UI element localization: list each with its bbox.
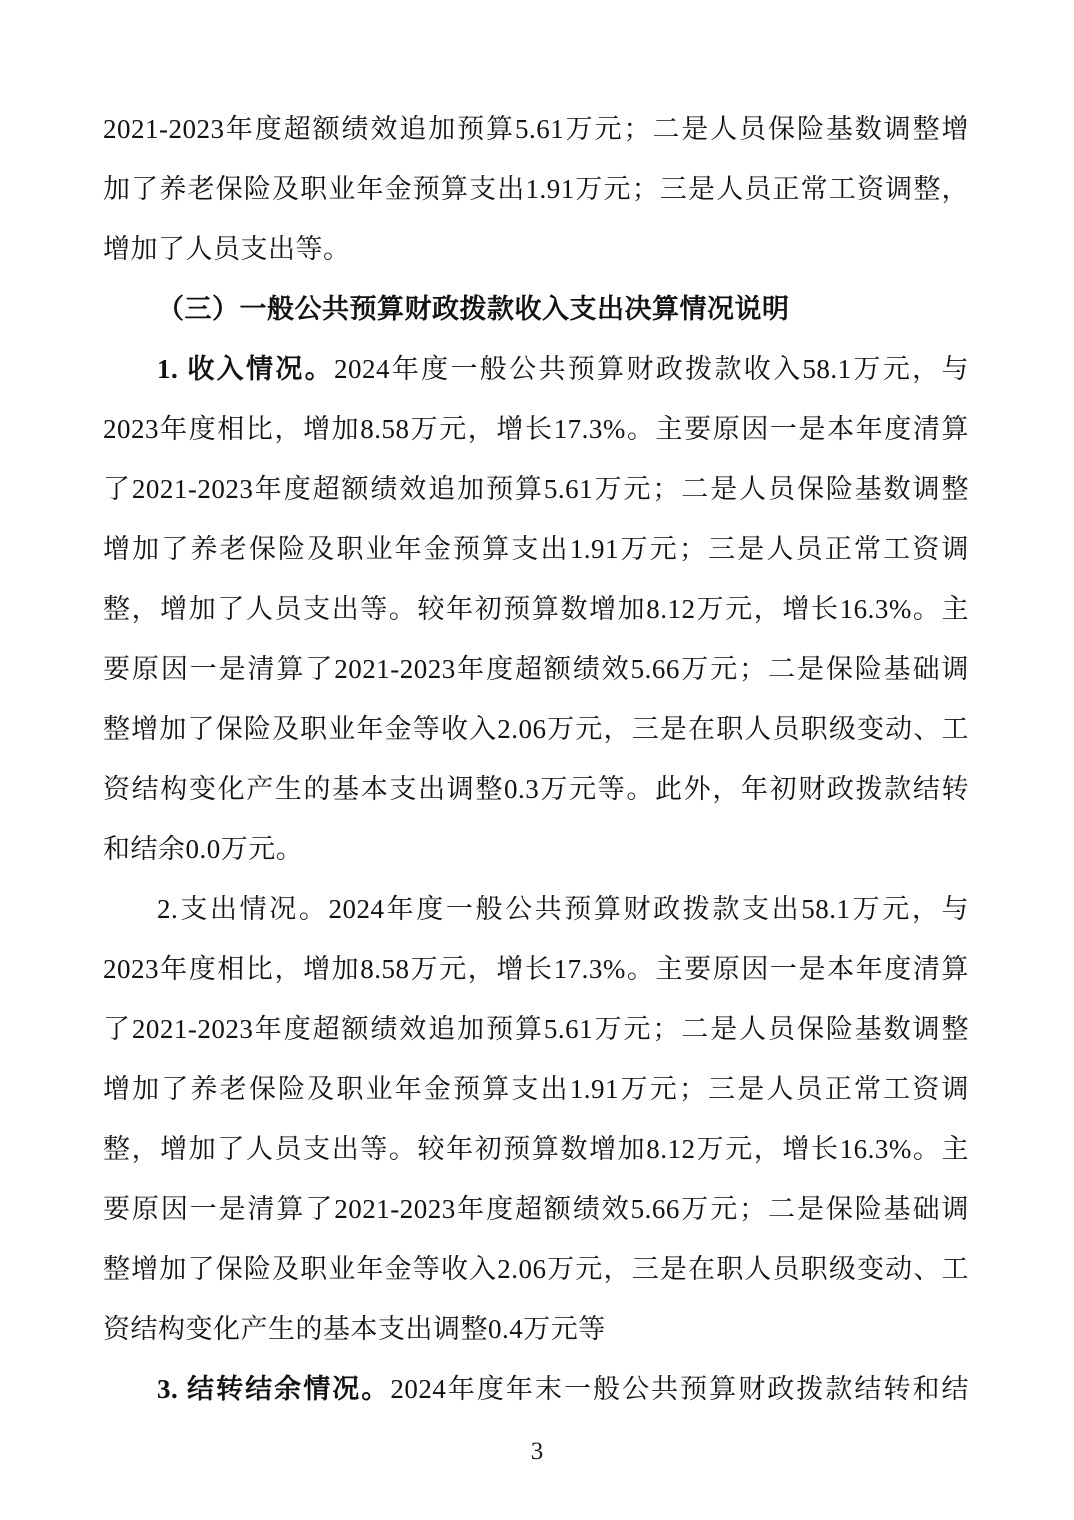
text-run: 和结余0.0万元。 — [103, 834, 303, 864]
text-run: 了2021-2023年度超额绩效追加预算5.61万元；二是人员保险基数调整 — [103, 474, 969, 504]
para-carryover-line-2: 加了养老保险及职业年金预算支出1.91万元；三是人员正常工资调整， — [103, 159, 969, 219]
para-income-line-2: 2023年度相比，增加8.58万元，增长17.3%。主要原因一是本年度清算 — [103, 399, 969, 459]
text-block: 2021-2023年度超额绩效追加预算5.61万元；二是人员保险基数调整增加了养… — [103, 99, 969, 1419]
text-run: 2.支出情况。2024年度一般公共预算财政拨款支出58.1万元，与 — [157, 894, 969, 924]
text-run: 资结构变化产生的基本支出调整0.4万元等 — [103, 1314, 606, 1344]
text-run: 要原因一是清算了2021-2023年度超额绩效5.66万元；二是保险基础调 — [103, 1194, 969, 1224]
para-expense-line-3: 了2021-2023年度超额绩效追加预算5.61万元；二是人员保险基数调整 — [103, 999, 969, 1059]
text-run: 2024年度年末一般公共预算财政拨款结转和结 — [390, 1374, 969, 1404]
para-carryover-line-1: 2021-2023年度超额绩效追加预算5.61万元；二是人员保险基数调整增 — [103, 99, 969, 159]
para-income-line-4: 增加了养老保险及职业年金预算支出1.91万元；三是人员正常工资调 — [103, 519, 969, 579]
para-income-line-5: 整，增加了人员支出等。较年初预算数增加8.12万元，增长16.3%。主 — [103, 579, 969, 639]
document-page: 2021-2023年度超额绩效追加预算5.61万元；二是人员保险基数调整增加了养… — [0, 0, 1074, 1520]
para-income-line-8: 资结构变化产生的基本支出调整0.3万元等。此外，年初财政拨款结转 — [103, 759, 969, 819]
para-carryover-line-3: 增加了人员支出等。 — [103, 219, 969, 279]
text-run: 增加了养老保险及职业年金预算支出1.91万元；三是人员正常工资调 — [103, 1074, 969, 1104]
page-number: 3 — [0, 1432, 1074, 1472]
text-run: 整，增加了人员支出等。较年初预算数增加8.12万元，增长16.3%。主 — [103, 1134, 969, 1164]
para-balance-line-1: 3. 结转结余情况。2024年度年末一般公共预算财政拨款结转和结 — [103, 1359, 969, 1419]
text-run: 了2021-2023年度超额绩效追加预算5.61万元；二是人员保险基数调整 — [103, 1014, 969, 1044]
text-run: 整，增加了人员支出等。较年初预算数增加8.12万元，增长16.3%。主 — [103, 594, 969, 624]
section-heading: （三）一般公共预算财政拨款收入支出决算情况说明 — [103, 279, 969, 339]
para-expense-line-4: 增加了养老保险及职业年金预算支出1.91万元；三是人员正常工资调 — [103, 1059, 969, 1119]
para-expense-line-1: 2.支出情况。2024年度一般公共预算财政拨款支出58.1万元，与 — [103, 879, 969, 939]
bold-text-run: 1. 收入情况。 — [157, 354, 334, 384]
para-income-line-6: 要原因一是清算了2021-2023年度超额绩效5.66万元；二是保险基础调 — [103, 639, 969, 699]
para-expense-line-8: 资结构变化产生的基本支出调整0.4万元等 — [103, 1299, 969, 1359]
text-run: 加了养老保险及职业年金预算支出1.91万元；三是人员正常工资调整， — [103, 174, 969, 204]
text-run: 整增加了保险及职业年金等收入2.06万元，三是在职人员职级变动、工 — [103, 714, 969, 744]
bold-text-run: （三）一般公共预算财政拨款收入支出决算情况说明 — [157, 294, 790, 324]
para-expense-line-2: 2023年度相比，增加8.58万元，增长17.3%。主要原因一是本年度清算 — [103, 939, 969, 999]
text-run: 2021-2023年度超额绩效追加预算5.61万元；二是人员保险基数调整增 — [103, 114, 969, 144]
text-run: 增加了养老保险及职业年金预算支出1.91万元；三是人员正常工资调 — [103, 534, 969, 564]
para-income-line-9: 和结余0.0万元。 — [103, 819, 969, 879]
para-expense-line-7: 整增加了保险及职业年金等收入2.06万元，三是在职人员职级变动、工 — [103, 1239, 969, 1299]
bold-text-run: 3. 结转结余情况。 — [157, 1374, 390, 1404]
text-run: 要原因一是清算了2021-2023年度超额绩效5.66万元；二是保险基础调 — [103, 654, 969, 684]
text-run: 资结构变化产生的基本支出调整0.3万元等。此外，年初财政拨款结转 — [103, 774, 969, 804]
para-income-line-1: 1. 收入情况。2024年度一般公共预算财政拨款收入58.1万元，与 — [103, 339, 969, 399]
text-run: 增加了人员支出等。 — [103, 234, 351, 264]
para-income-line-3: 了2021-2023年度超额绩效追加预算5.61万元；二是人员保险基数调整 — [103, 459, 969, 519]
text-run: 2023年度相比，增加8.58万元，增长17.3%。主要原因一是本年度清算 — [103, 954, 969, 984]
text-run: 2024年度一般公共预算财政拨款收入58.1万元，与 — [334, 354, 969, 384]
text-run: 整增加了保险及职业年金等收入2.06万元，三是在职人员职级变动、工 — [103, 1254, 969, 1284]
text-run: 2023年度相比，增加8.58万元，增长17.3%。主要原因一是本年度清算 — [103, 414, 969, 444]
para-expense-line-6: 要原因一是清算了2021-2023年度超额绩效5.66万元；二是保险基础调 — [103, 1179, 969, 1239]
para-income-line-7: 整增加了保险及职业年金等收入2.06万元，三是在职人员职级变动、工 — [103, 699, 969, 759]
para-expense-line-5: 整，增加了人员支出等。较年初预算数增加8.12万元，增长16.3%。主 — [103, 1119, 969, 1179]
